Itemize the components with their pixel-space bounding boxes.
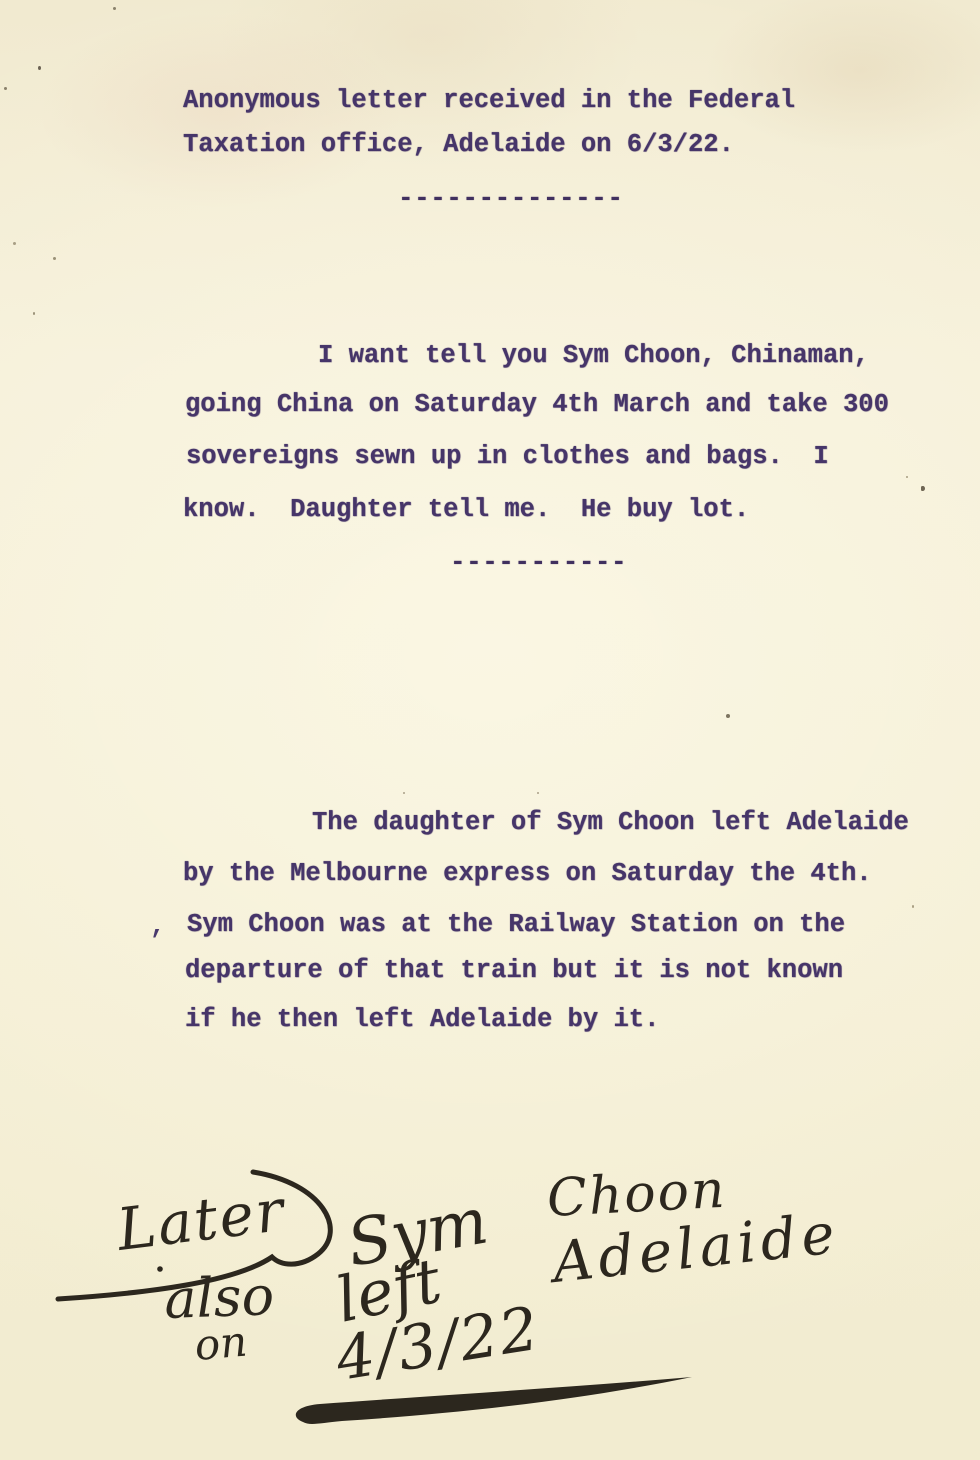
dashed-separator-top: -------------- (398, 185, 623, 211)
letter-line-2: going China on Saturday 4th March and ta… (185, 392, 889, 418)
paper-speck (33, 312, 35, 315)
header-line-2: Taxation office, Adelaide on 6/3/22. (183, 132, 734, 158)
note-line-3: Sym Choon was at the Railway Station on … (187, 912, 845, 938)
letter-line-3: sovereigns sewn up in clothes and bags. … (186, 444, 829, 470)
ink-dot (157, 1266, 163, 1272)
letter-line-4: know. Daughter tell me. He buy lot. (183, 497, 749, 523)
scanned-letter-page: Anonymous letter received in the Federal… (0, 0, 980, 1460)
paper-speck (403, 792, 405, 794)
stray-comma-mark: , (150, 912, 165, 941)
paper-speck (726, 714, 730, 718)
note-line-1: The daughter of Sym Choon left Adelaide (312, 810, 909, 836)
handwritten-annotation: Later Sym Choon also left Adelaide on 4/… (0, 1130, 980, 1460)
paper-speck (53, 257, 56, 260)
letter-line-1: I want tell you Sym Choon, Chinaman, (318, 343, 869, 369)
handwritten-word-later: Later (112, 1176, 290, 1264)
paper-speck (38, 66, 41, 70)
handwritten-word-on: on (193, 1317, 249, 1370)
paper-speck (906, 476, 908, 478)
note-line-5: if he then left Adelaide by it. (185, 1007, 659, 1033)
note-line-4: departure of that train but it is not kn… (185, 958, 843, 984)
note-line-2: by the Melbourne express on Saturday the… (183, 861, 872, 887)
paper-speck (4, 87, 7, 90)
paper-speck (912, 905, 914, 908)
paper-speck (13, 242, 16, 245)
paper-speck (537, 792, 539, 794)
paper-speck (921, 486, 925, 491)
paper-speck (113, 7, 116, 10)
header-line-1: Anonymous letter received in the Federal (183, 88, 795, 114)
dashed-separator-middle: ----------- (450, 549, 627, 575)
